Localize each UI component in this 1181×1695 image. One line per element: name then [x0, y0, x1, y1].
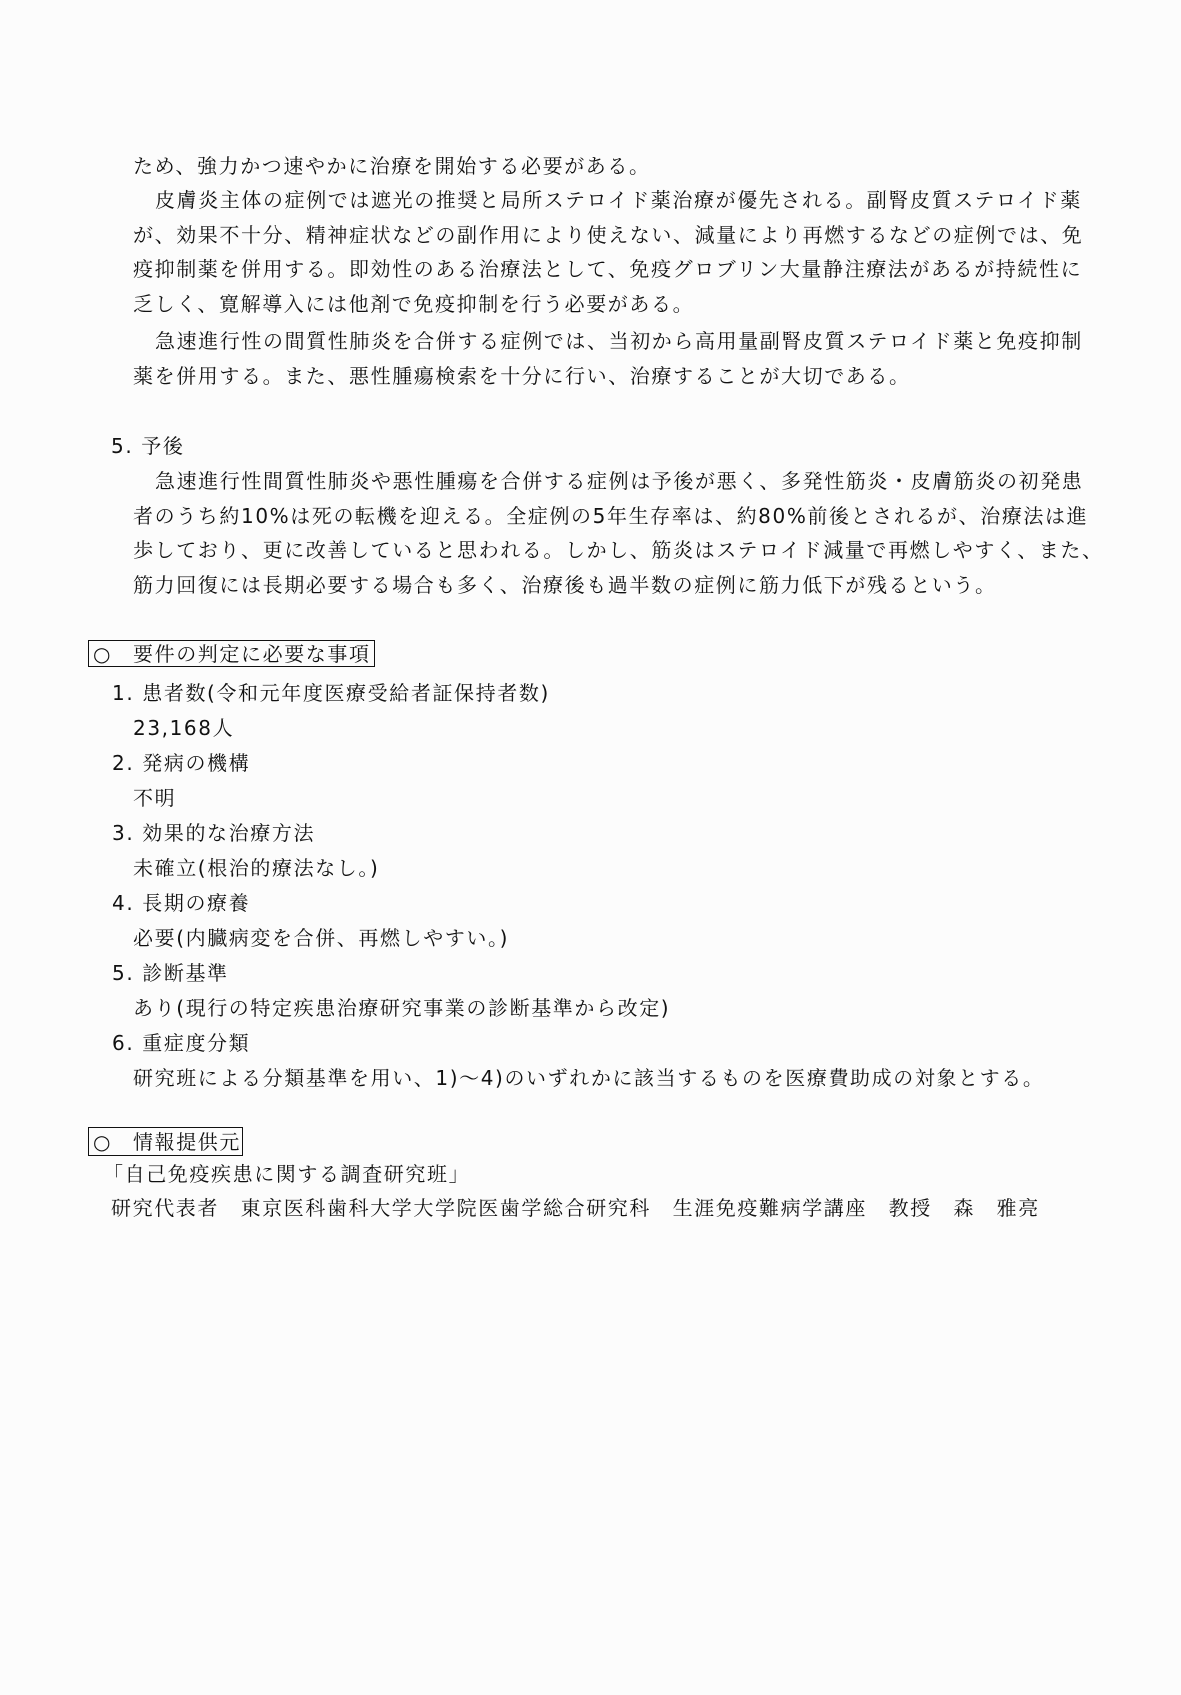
requirement-label: 5. 診断基準: [112, 961, 229, 985]
requirement-label: 4. 長期の療養: [112, 891, 250, 915]
paragraph-line: 乏しく、寛解導入には他剤で免疫抑制を行う必要がある。: [133, 292, 694, 316]
requirement-label: 2. 発病の機構: [112, 751, 250, 775]
requirement-value: 不明: [133, 786, 176, 810]
requirements-heading-box: ○ 要件の判定に必要な事項: [88, 640, 375, 667]
requirement-value: あり(現行の特定疾患治療研究事業の診断基準から改定): [133, 996, 670, 1020]
requirement-label: 3. 効果的な治療方法: [112, 821, 315, 845]
research-representative: 研究代表者 東京医科歯科大学大学院医歯学総合研究科 生涯免疫難病学講座 教授 森…: [111, 1196, 1040, 1220]
circle-mark-icon: ○: [93, 1130, 112, 1154]
paragraph-line: 薬を併用する。また、悪性腫瘍検索を十分に行い、治療することが大切である。: [133, 364, 911, 388]
info-source-heading-box: ○ 情報提供元: [88, 1127, 243, 1156]
paragraph-line: が、効果不十分、精神症状などの副作用により使えない、減量により再燃するなどの症例…: [133, 223, 1083, 247]
paragraph-line: 歩しており、更に改善していると思われる。しかし、筋炎はステロイド減量で再燃しやす…: [133, 538, 1104, 562]
paragraph-line: 皮膚炎主体の症例では遮光の推奨と局所ステロイド薬治療が優先される。副腎皮質ステロ…: [155, 188, 1082, 212]
paragraph-line: 急速進行性の間質性肺炎を合併する症例では、当初から高用量副腎皮質ステロイド薬と免…: [155, 329, 1083, 353]
paragraph-line: 筋力回復には長期必要する場合も多く、治療後も過半数の症例に筋力低下が残るという。: [133, 573, 997, 597]
requirement-value: 23,168人: [133, 716, 234, 740]
requirement-label: 6. 重症度分類: [112, 1031, 250, 1055]
requirement-value: 必要(内臓病変を合併、再燃しやすい。): [133, 926, 509, 950]
section-heading: 情報提供元: [133, 1130, 241, 1154]
requirement-value: 未確立(根治的療法なし。): [133, 856, 379, 880]
paragraph-line: 急速進行性間質性肺炎や悪性腫瘍を合併する症例は予後が悪く、多発性筋炎・皮膚筋炎の…: [155, 469, 1083, 493]
section-heading: 5. 予後: [111, 434, 184, 458]
paragraph-line: ため、強力かつ速やかに治療を開始する必要がある。: [133, 154, 651, 178]
section-heading: 要件の判定に必要な事項: [133, 642, 371, 666]
circle-mark-icon: ○: [93, 642, 112, 666]
requirement-label: 1. 患者数(令和元年度医療受給者証保持者数): [112, 681, 550, 705]
paragraph-line: 者のうち約10%は死の転機を迎える。全症例の5年生存率は、約80%前後とされるが…: [133, 504, 1088, 528]
paragraph-line: 疫抑制薬を併用する。即効性のある治療法として、免疫グロブリン大量静注療法があるが…: [133, 257, 1082, 281]
research-group-name: 「自己免疫疾患に関する調査研究班」: [103, 1162, 470, 1186]
requirement-value: 研究班による分類基準を用い、1)～4)のいずれかに該当するものを医療費助成の対象…: [133, 1066, 1044, 1090]
